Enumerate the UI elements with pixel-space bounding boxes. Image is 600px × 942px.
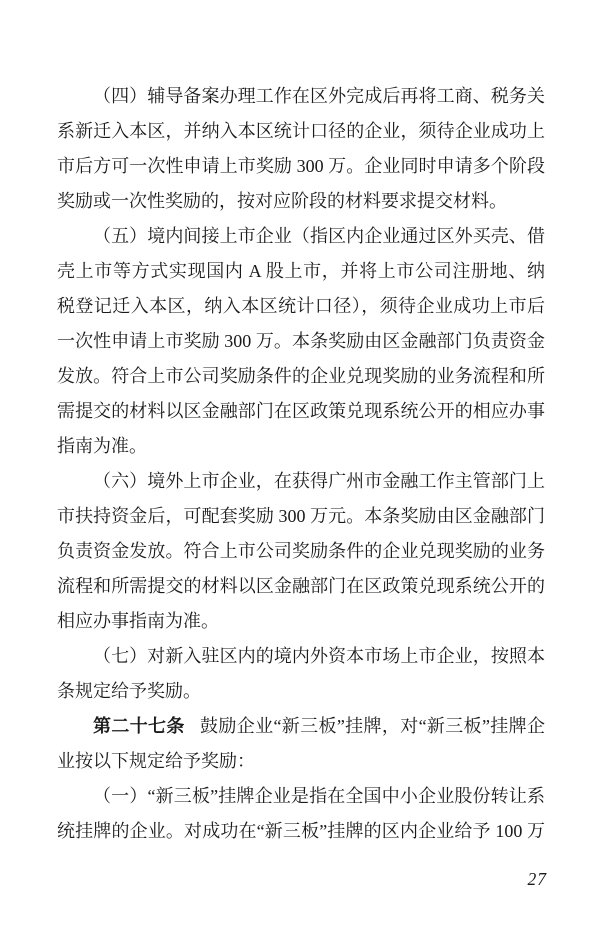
paragraph: （四）辅导备案办理工作在区外完成后再将工商、税务关系新迁入本区，并纳入本区统计口… [57,79,545,219]
paragraph: （六）境外上市企业，在获得广州市金融工作主管部门上市扶持资金后，可配套奖励 30… [57,464,545,639]
paragraph: （一）“新三板”挂牌企业是指在全国中小企业股份转让系统挂牌的企业。对成功在“新三… [57,779,545,849]
paragraph: 第二十七条鼓励企业“新三板”挂牌，对“新三板”挂牌企业按以下规定给予奖励： [57,709,545,779]
document-page: （四）辅导备案办理工作在区外完成后再将工商、税务关系新迁入本区，并纳入本区统计口… [0,0,600,942]
document-body: （四）辅导备案办理工作在区外完成后再将工商、税务关系新迁入本区，并纳入本区统计口… [57,79,545,849]
paragraph: （五）境内间接上市企业（指区内企业通过区外买壳、借壳上市等方式实现国内 A 股上… [57,219,545,464]
paragraph: （七）对新入驻区内的境内外资本市场上市企业，按照本条规定给予奖励。 [57,639,545,709]
page-number: 27 [528,869,548,890]
article-number: 第二十七条 [93,716,185,736]
